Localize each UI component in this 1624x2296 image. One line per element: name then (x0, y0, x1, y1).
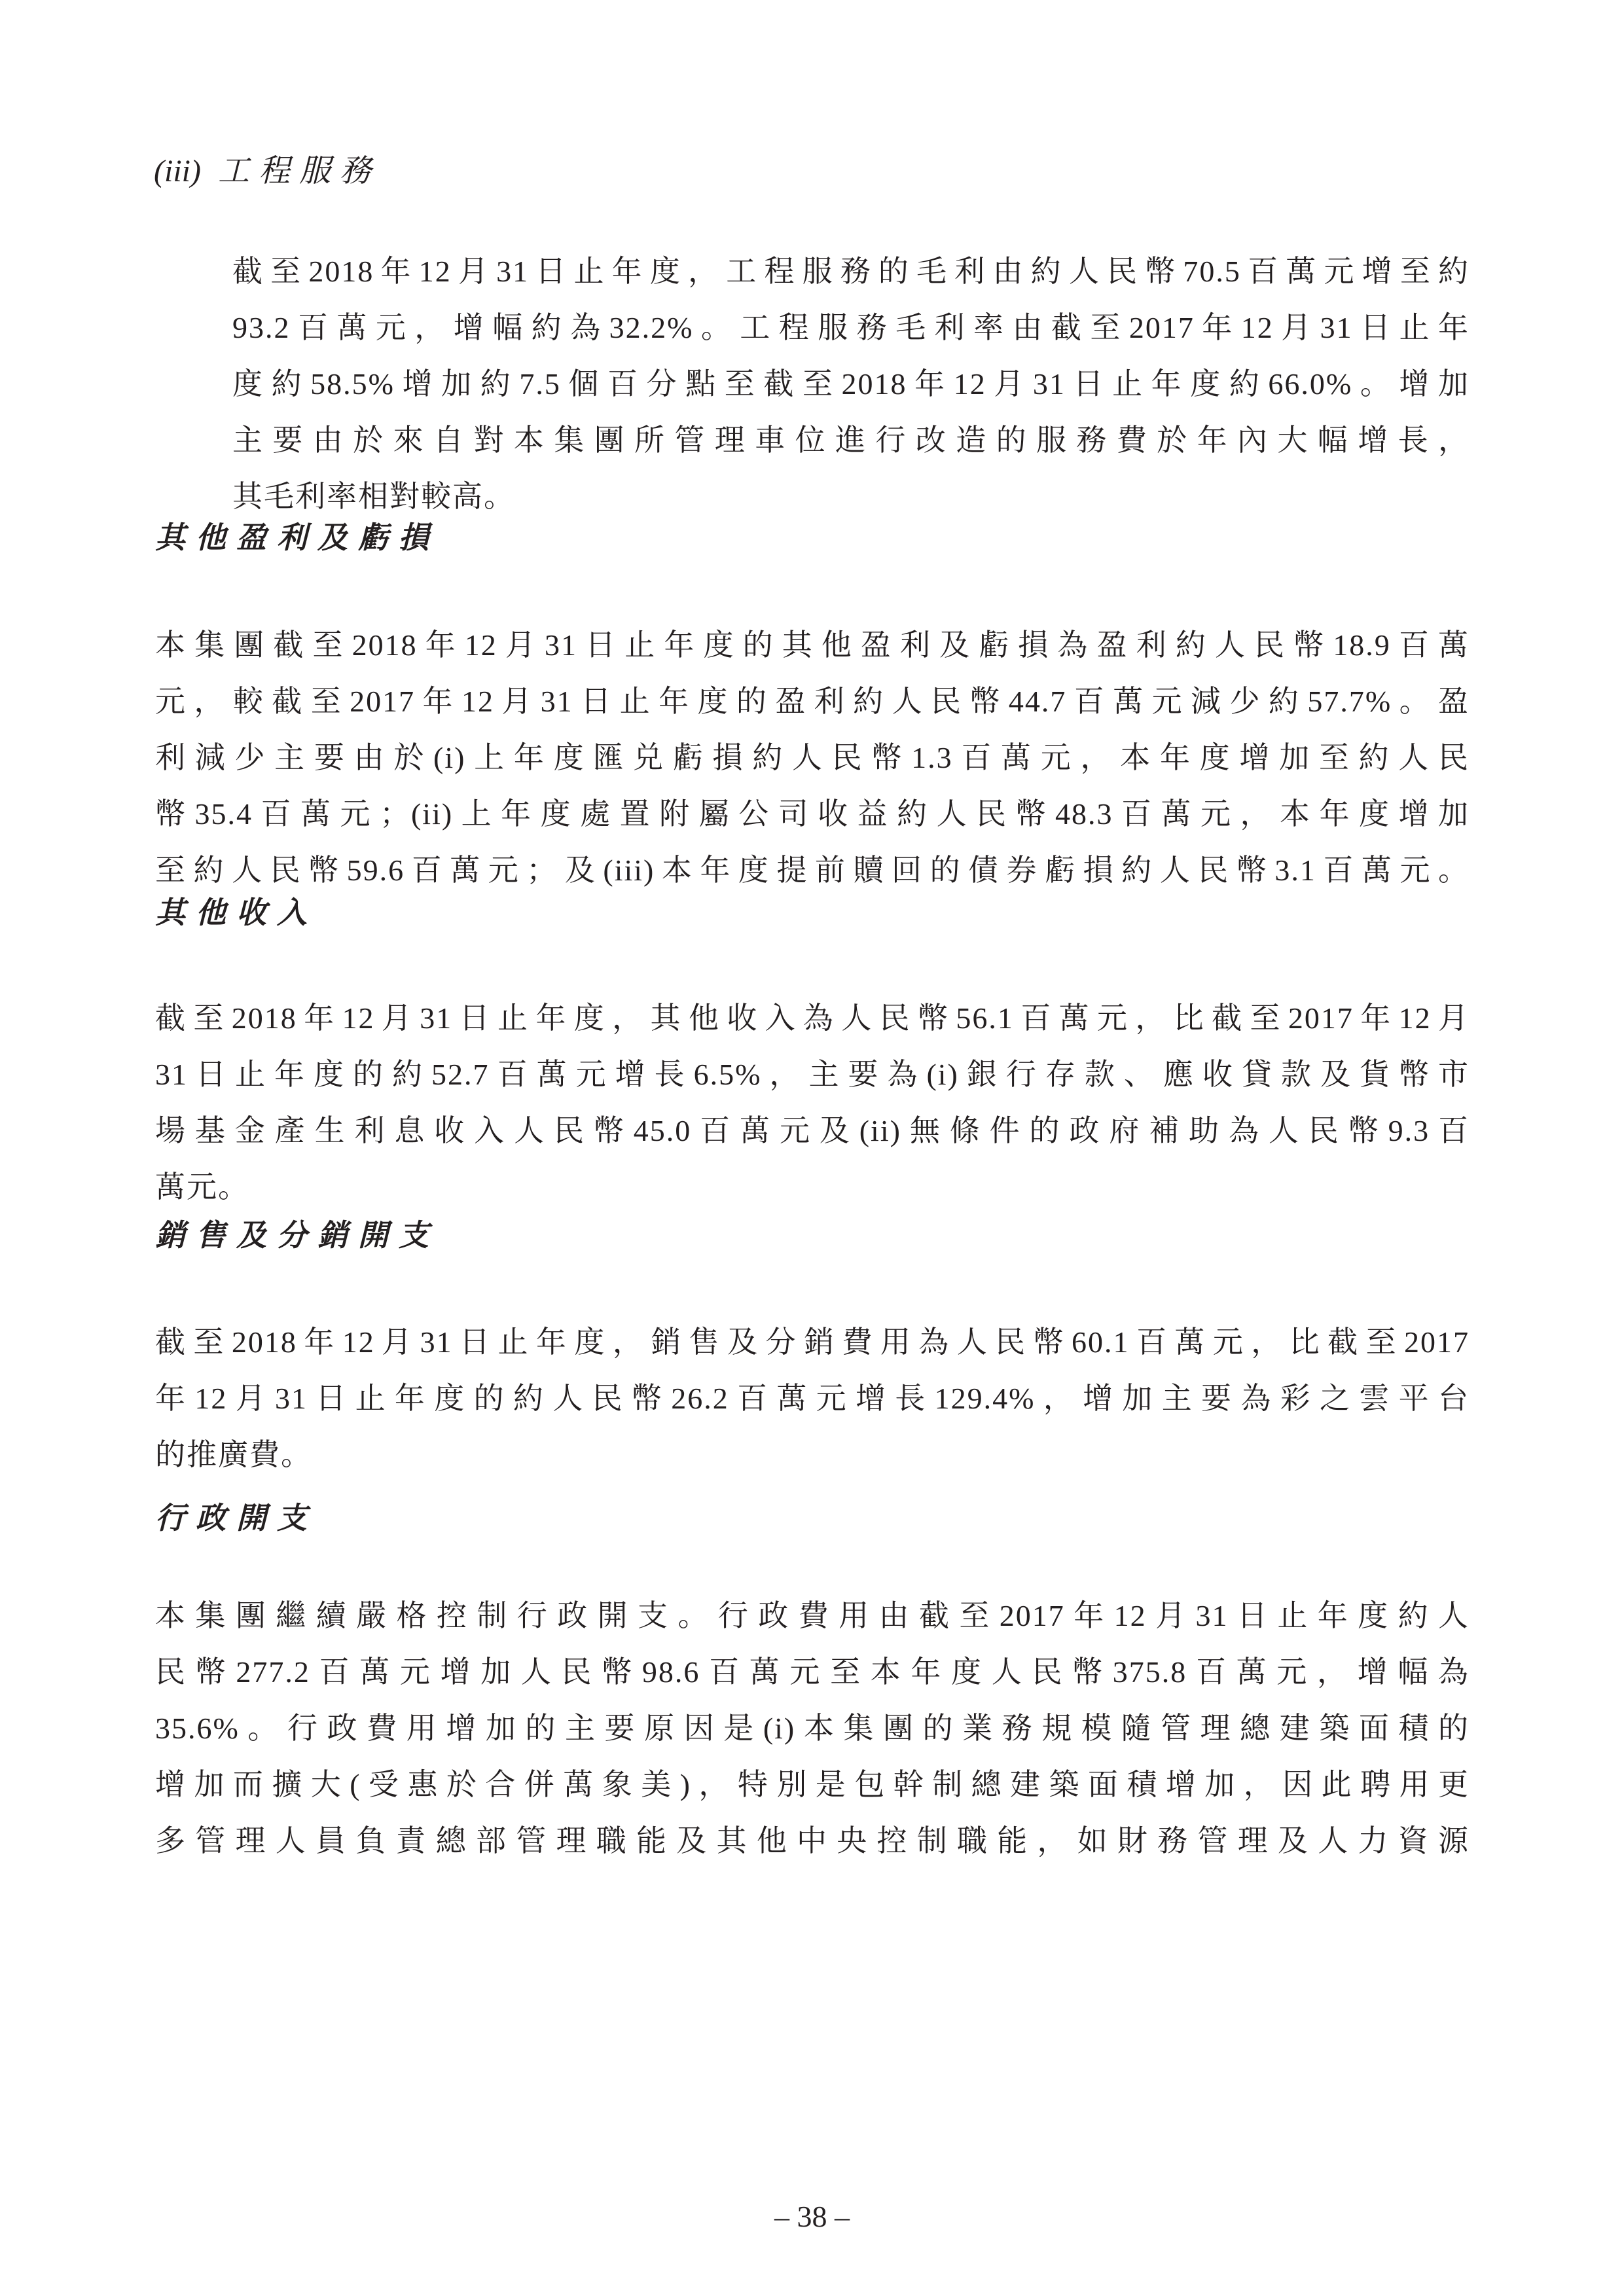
text-line: 本集團繼續嚴格控制行政開支。行政費用由截至2017年12月31日止年度約人 (155, 1588, 1470, 1644)
text-line: 截至2018年12月31日止年度，銷售及分銷費用為人民幣60.1百萬元，比截至2… (155, 1314, 1470, 1371)
section-heading-other-gains: 其他盈利及虧損 (155, 518, 439, 558)
subsection-heading-engineering: (iii)工程服務 (154, 152, 380, 191)
text-line: 民幣277.2百萬元增加人民幣98.6百萬元至本年度人民幣375.8百萬元，增幅… (155, 1644, 1470, 1700)
text-line: 截至2018年12月31日止年度，其他收入為人民幣56.1百萬元，比截至2017… (155, 990, 1470, 1047)
paragraph-engineering: 截至2018年12月31日止年度，工程服務的毛利由約人民幣70.5百萬元增至約 … (232, 243, 1470, 525)
text-line: 其毛利率相對較高。 (232, 469, 1470, 525)
text-line: 萬元。 (155, 1159, 1470, 1215)
text-line: 截至2018年12月31日止年度，工程服務的毛利由約人民幣70.5百萬元增至約 (232, 243, 1470, 300)
subsection-number: (iii) (154, 152, 218, 191)
section-heading-other-income: 其他收入 (155, 893, 317, 933)
paragraph-selling: 截至2018年12月31日止年度，銷售及分銷費用為人民幣60.1百萬元，比截至2… (155, 1314, 1470, 1483)
paragraph-admin: 本集團繼續嚴格控制行政開支。行政費用由截至2017年12月31日止年度約人 民幣… (155, 1588, 1470, 1869)
text-line: 35.6%。行政費用增加的主要原因是(i)本集團的業務規模隨管理總建築面積的 (155, 1700, 1470, 1757)
text-line: 場基金產生利息收入人民幣45.0百萬元及(ii)無條件的政府補助為人民幣9.3百 (155, 1103, 1470, 1159)
subsection-title: 工程服務 (218, 154, 380, 188)
text-line: 本集團截至2018年12月31日止年度的其他盈利及虧損為盈利約人民幣18.9百萬 (155, 617, 1470, 673)
text-line: 利減少主要由於(i)上年度匯兑虧損約人民幣1.3百萬元，本年度增加至約人民 (155, 730, 1470, 786)
paragraph-other-income: 截至2018年12月31日止年度，其他收入為人民幣56.1百萬元，比截至2017… (155, 990, 1470, 1215)
text-line: 93.2百萬元，增幅約為32.2%。工程服務毛利率由截至2017年12月31日止… (232, 300, 1470, 356)
paragraph-other-gains: 本集團截至2018年12月31日止年度的其他盈利及虧損為盈利約人民幣18.9百萬… (155, 617, 1470, 899)
text-line: 增加而擴大(受惠於合併萬象美)，特別是包幹制總建築面積增加，因此聘用更 (155, 1757, 1470, 1813)
page-number: – 38 – (0, 2197, 1624, 2236)
text-line: 度約58.5%增加約7.5個百分點至截至2018年12月31日止年度約66.0%… (232, 356, 1470, 412)
section-heading-admin: 行政開支 (155, 1499, 317, 1538)
text-line: 幣35.4百萬元；(ii)上年度處置附屬公司收益約人民幣48.3百萬元，本年度增… (155, 786, 1470, 842)
text-line: 至約人民幣59.6百萬元；及(iii)本年度提前贖回的債券虧損約人民幣3.1百萬… (155, 842, 1470, 899)
text-line: 31日止年度的約52.7百萬元增長6.5%，主要為(i)銀行存款、應收貸款及貨幣… (155, 1047, 1470, 1103)
text-line: 的推廣費。 (155, 1427, 1470, 1483)
document-page: (iii)工程服務 截至2018年12月31日止年度，工程服務的毛利由約人民幣7… (0, 0, 1624, 2296)
text-line: 主要由於來自對本集團所管理車位進行改造的服務費於年內大幅增長， (232, 412, 1470, 469)
text-line: 年12月31日止年度的約人民幣26.2百萬元增長129.4%，增加主要為彩之雲平… (155, 1371, 1470, 1427)
text-line: 元，較截至2017年12月31日止年度的盈利約人民幣44.7百萬元減少約57.7… (155, 673, 1470, 730)
text-line: 多管理人員負責總部管理職能及其他中央控制職能，如財務管理及人力資源 (155, 1813, 1470, 1869)
section-heading-selling: 銷售及分銷開支 (155, 1216, 439, 1255)
